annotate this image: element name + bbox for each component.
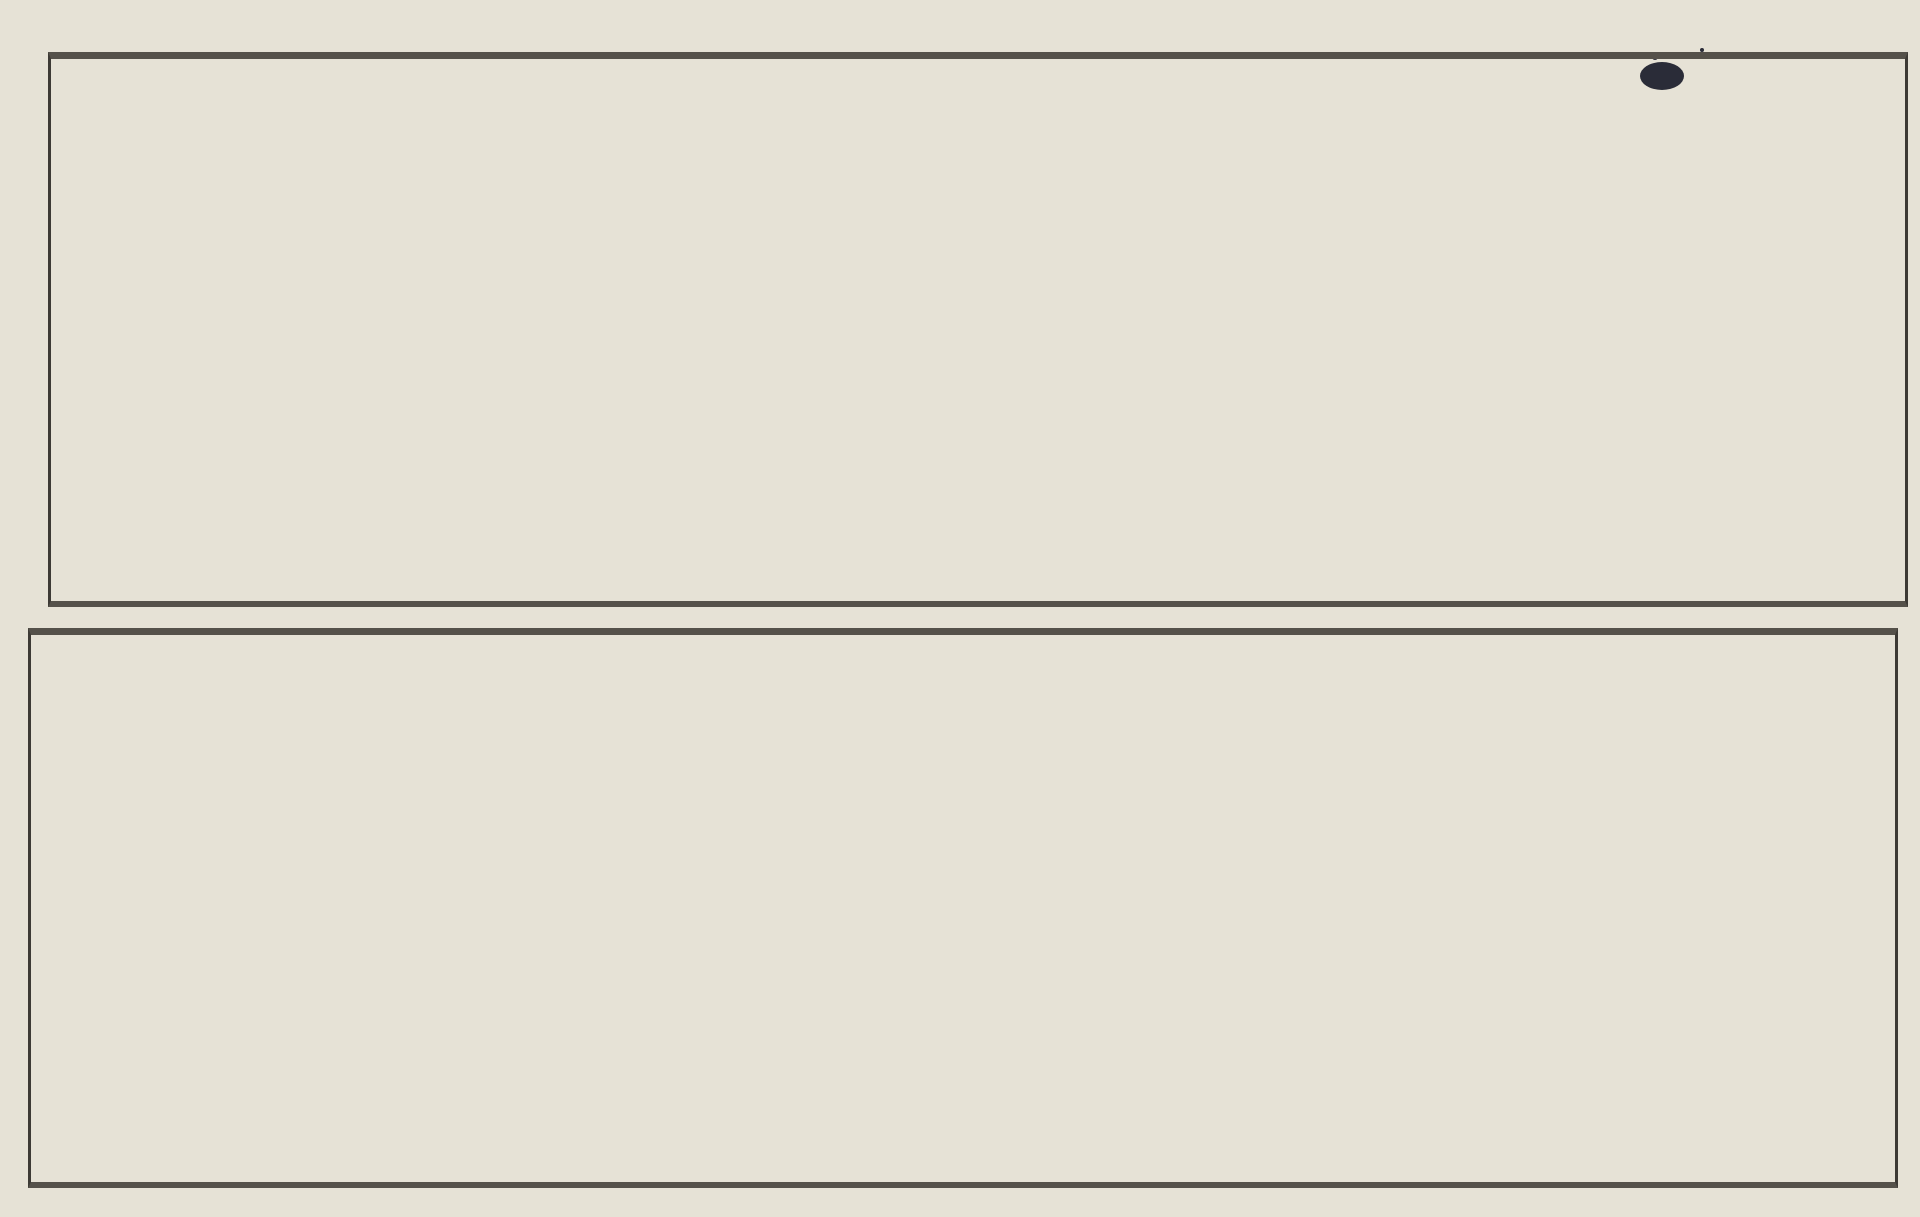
marriage-entry-391: [48, 52, 1908, 607]
marriage-entry-392: [28, 628, 1898, 1188]
